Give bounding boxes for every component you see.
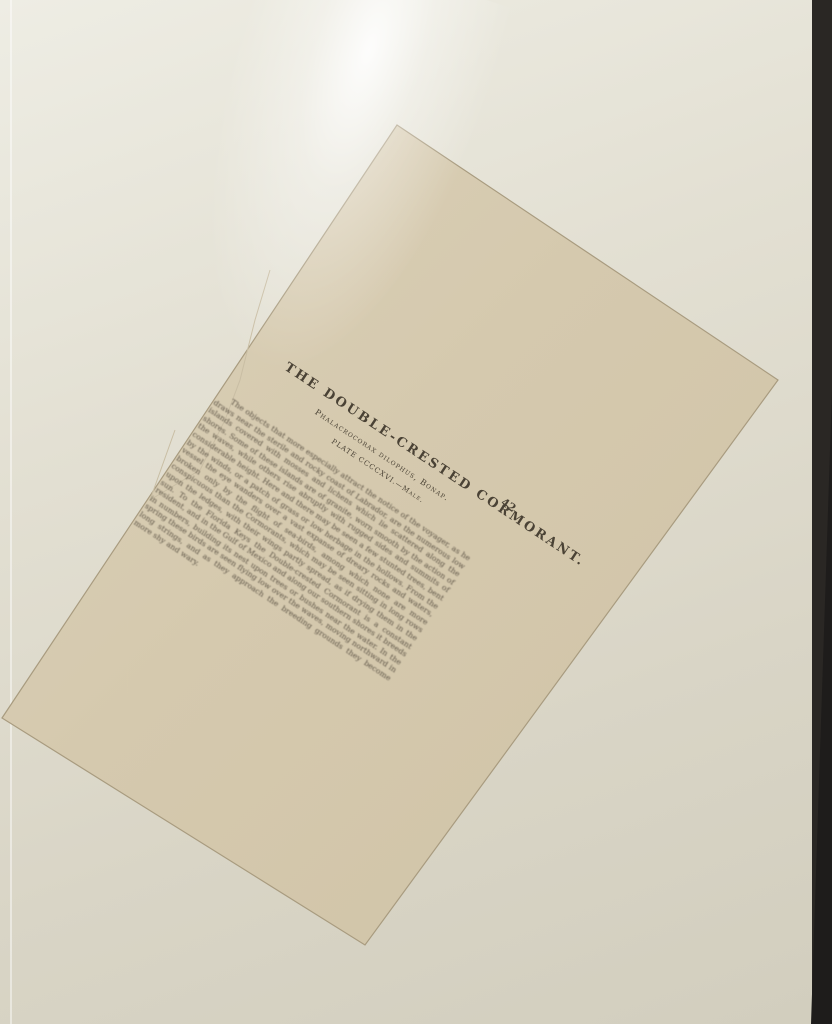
plastic-sleeve-fold xyxy=(10,0,12,1024)
